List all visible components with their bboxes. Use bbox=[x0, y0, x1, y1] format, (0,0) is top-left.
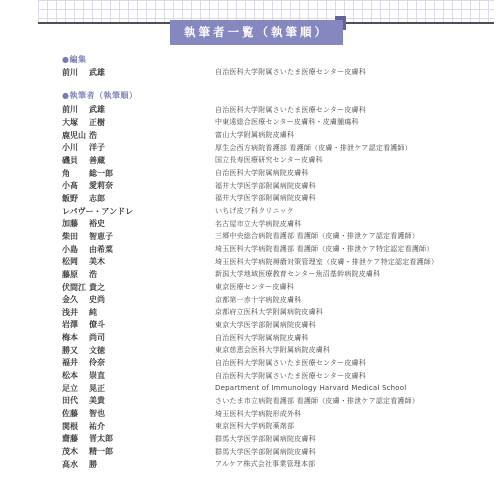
person-name: 齋藤晋太郎 bbox=[62, 433, 215, 444]
person-given-name: 智也 bbox=[89, 408, 105, 419]
person-given-name: 尚司 bbox=[89, 332, 105, 343]
person-affiliation: 富山大学附属病院皮膚科 bbox=[215, 130, 294, 140]
person-row: 前川武雄自治医科大学附属さいたま医療センター皮膚科 bbox=[62, 66, 485, 79]
person-row: 齋藤晋太郎群馬大学医学部附属病院皮膚科 bbox=[62, 433, 485, 446]
person-family-name: 浅井 bbox=[62, 307, 89, 318]
person-name: 松岡美木 bbox=[62, 256, 215, 267]
person-family-name: 岩澤 bbox=[62, 319, 89, 330]
person-name: 足立晃正 bbox=[62, 383, 215, 394]
person-family-name: 齋藤 bbox=[62, 433, 89, 444]
person-name: 小髙愛莉奈 bbox=[62, 180, 215, 191]
person-affiliation: 自治医科大学附属さいたま医療センター皮膚科 bbox=[215, 67, 366, 77]
person-given-name: 智恵子 bbox=[89, 231, 113, 242]
person-row: 勝又文徳東京慈恵会医科大学附属病院皮膚科 bbox=[62, 344, 485, 357]
person-row: 小髙愛莉奈福井大学医学部附属病院皮膚科 bbox=[62, 179, 485, 192]
person-given-name: 勝 bbox=[89, 459, 97, 470]
person-name: 前川武雄 bbox=[62, 67, 215, 78]
person-name: 柴田智恵子 bbox=[62, 231, 215, 242]
person-row: 梅本尚司自治医科大学附属病院皮膚科 bbox=[62, 331, 485, 344]
person-given-name: 晃正 bbox=[89, 383, 105, 394]
person-name: 磯貝善蔵 bbox=[62, 155, 215, 166]
person-given-name: 裕史 bbox=[89, 218, 105, 229]
person-family-name: 高水 bbox=[62, 459, 89, 470]
person-family-name: 金久 bbox=[62, 294, 89, 305]
person-row: 松本崇直自治医科大学附属さいたま医療センター皮膚科 bbox=[62, 369, 485, 382]
person-given-name: 崇直 bbox=[89, 370, 105, 381]
person-row: 福井伶奈自治医科大学附属さいたま医療センター皮膚科 bbox=[62, 357, 485, 370]
person-name: 福井伶奈 bbox=[62, 357, 215, 368]
person-family-name: 鹿児山 bbox=[62, 130, 89, 141]
person-family-name: 茂木 bbox=[62, 446, 89, 457]
person-name: 関根祐介 bbox=[62, 421, 215, 432]
person-name: 金久史尚 bbox=[62, 294, 215, 305]
person-family-name: 小髙 bbox=[62, 180, 89, 191]
person-family-name: 伏間江 bbox=[62, 282, 89, 293]
person-family-name: 小川 bbox=[62, 142, 89, 153]
person-given-name: 武雄 bbox=[89, 67, 105, 78]
person-affiliation: 群馬大学医学部附属病院皮膚科 bbox=[215, 434, 316, 444]
person-name: 鹿児山浩 bbox=[62, 130, 215, 141]
person-affiliation: 中東遠総合医療センター皮膚科・皮膚腫瘍科 bbox=[215, 117, 359, 127]
person-affiliation: Department of Immunology Harvard Medical… bbox=[215, 384, 406, 392]
person-affiliation: 群馬大学医学部附属病院皮膚科 bbox=[215, 447, 316, 457]
person-row: 岩澤僚斗東京大学医学部附属病院皮膚科 bbox=[62, 319, 485, 332]
person-affiliation: 埼玉医科大学病院看護部 看護師（皮膚・排泄ケア特定認定看護師） bbox=[215, 244, 433, 254]
person-family-name: 磯貝 bbox=[62, 155, 89, 166]
person-name: 佐藤智也 bbox=[62, 408, 215, 419]
person-name: 加藤裕史 bbox=[62, 218, 215, 229]
person-row: レパヴー・アンドレいちげ皮フ科クリニック bbox=[62, 205, 485, 218]
person-affiliation: 埼玉医科大学病院形成外科 bbox=[215, 409, 301, 419]
person-given-name: 文徳 bbox=[89, 345, 105, 356]
person-name: 大塚正樹 bbox=[62, 117, 215, 128]
person-name: 梅本尚司 bbox=[62, 332, 215, 343]
person-row: 関根祐介東京医科大学病院薬剤部 bbox=[62, 420, 485, 433]
person-name: 伏間江貴之 bbox=[62, 282, 215, 293]
person-given-name: 善蔵 bbox=[89, 155, 105, 166]
authors-section-heading: ●執筆者（執筆順） bbox=[62, 90, 137, 101]
person-affiliation: 自治医科大学附属さいたま医療センター皮膚科 bbox=[215, 371, 366, 381]
person-row: 藤原浩新潟大学地域医療教育センター魚沼基幹病院皮膚科 bbox=[62, 268, 485, 281]
person-name: 前川武雄 bbox=[62, 104, 215, 115]
person-row: 金久史尚京都第一赤十字病院皮膚科 bbox=[62, 293, 485, 306]
book-page: 執筆者一覧（執筆順） ●編集 前川武雄自治医科大学附属さいたま医療センター皮膚科… bbox=[0, 0, 500, 500]
person-family-name: 梅本 bbox=[62, 332, 89, 343]
person-name: レパヴー・アンドレ bbox=[62, 206, 215, 217]
person-row: 柴田智恵子三郷中央総合病院看護部 看護師（皮膚・排泄ケア認定看護師） bbox=[62, 230, 485, 243]
person-family-name: 松本 bbox=[62, 370, 89, 381]
person-row: 浅井純京都府立医科大学附属病院皮膚科 bbox=[62, 306, 485, 319]
person-affiliation: 名古屋市立大学病院皮膚科 bbox=[215, 219, 301, 229]
person-row: 佐藤智也埼玉医科大学病院形成外科 bbox=[62, 407, 485, 420]
person-name: 茂木精一郎 bbox=[62, 446, 215, 457]
person-given-name: 伶奈 bbox=[89, 357, 105, 368]
person-given-name: 総一郎 bbox=[89, 168, 113, 179]
person-given-name: 美貴 bbox=[89, 395, 105, 406]
page-title: 執筆者一覧（執筆順） bbox=[170, 20, 343, 45]
person-family-name: 大塚 bbox=[62, 117, 89, 128]
person-name: 角総一郎 bbox=[62, 168, 215, 179]
person-affiliation: 国立長寿医療研究センター皮膚科 bbox=[215, 155, 323, 165]
person-given-name: 純 bbox=[89, 307, 97, 318]
authors-list: 前川武雄自治医科大学附属さいたま医療センター皮膚科大塚正樹中東遠総合医療センター… bbox=[62, 104, 485, 471]
person-family-name: 加藤 bbox=[62, 218, 89, 229]
person-family-name: 勝又 bbox=[62, 345, 89, 356]
person-family-name: 角 bbox=[62, 168, 89, 179]
person-affiliation: いちげ皮フ科クリニック bbox=[215, 206, 294, 216]
person-given-name: 精一郎 bbox=[89, 446, 113, 457]
person-name: 松本崇直 bbox=[62, 370, 215, 381]
person-family-name: 足立 bbox=[62, 383, 89, 394]
person-given-name: 美木 bbox=[89, 256, 105, 267]
person-row: 松岡美木埼玉医科大学病院褥瘡対策管理室（皮膚・排泄ケア特定認定看護師） bbox=[62, 255, 485, 268]
person-name: 浅井純 bbox=[62, 307, 215, 318]
person-row: 加藤裕史名古屋市立大学病院皮膚科 bbox=[62, 217, 485, 230]
person-affiliation: 厚生会西方病院看護部 看護師（皮膚・排泄ケア認定看護師） bbox=[215, 143, 412, 153]
person-name: 小川洋子 bbox=[62, 142, 215, 153]
person-name: 藤原浩 bbox=[62, 269, 215, 280]
person-name: 田代美貴 bbox=[62, 395, 215, 406]
person-given-name: 志郎 bbox=[89, 193, 105, 204]
person-row: 小島由希菜埼玉医科大学病院看護部 看護師（皮膚・排泄ケア特定認定看護師） bbox=[62, 243, 485, 256]
person-given-name: 僚斗 bbox=[89, 319, 105, 330]
person-family-name: 前川 bbox=[62, 104, 89, 115]
person-given-name: 史尚 bbox=[89, 294, 105, 305]
person-row: 足立晃正Department of Immunology Harvard Med… bbox=[62, 382, 485, 395]
person-affiliation: 東京医療センター皮膚科 bbox=[215, 282, 294, 292]
person-affiliation: 自治医科大学附属さいたま医療センター皮膚科 bbox=[215, 105, 366, 115]
person-row: 茂木精一郎群馬大学医学部附属病院皮膚科 bbox=[62, 445, 485, 458]
person-given-name: 愛莉奈 bbox=[89, 180, 113, 191]
person-given-name: 晋太郎 bbox=[89, 433, 113, 444]
person-affiliation: 東京慈恵会医科大学附属病院皮膚科 bbox=[215, 345, 330, 355]
person-row: 田代美貴さいたま市立病院看護部 看護師（皮膚・排泄ケア認定看護師） bbox=[62, 395, 485, 408]
person-row: 小川洋子厚生会西方病院看護部 看護師（皮膚・排泄ケア認定看護師） bbox=[62, 141, 485, 154]
person-given-name: 貴之 bbox=[89, 282, 105, 293]
editor-section-heading: ●編集 bbox=[62, 54, 86, 65]
person-affiliation: 福井大学医学部附属病院皮膚科 bbox=[215, 193, 316, 203]
person-affiliation: 京都第一赤十字病院皮膚科 bbox=[215, 295, 301, 305]
person-given-name: 祐介 bbox=[89, 421, 105, 432]
person-affiliation: 三郷中央総合病院看護部 看護師（皮膚・排泄ケア認定看護師） bbox=[215, 231, 419, 241]
person-affiliation: アルケア株式会社事業管理本部 bbox=[215, 459, 315, 469]
person-family-name: 佐藤 bbox=[62, 408, 89, 419]
person-row: 前川武雄自治医科大学附属さいたま医療センター皮膚科 bbox=[62, 104, 485, 117]
person-affiliation: 京都府立医科大学附属病院皮膚科 bbox=[215, 307, 323, 317]
person-family-name: 田代 bbox=[62, 395, 89, 406]
person-name: 岩澤僚斗 bbox=[62, 319, 215, 330]
person-affiliation: 東京医科大学病院薬剤部 bbox=[215, 421, 294, 431]
person-row: 角総一郎自治医科大学附属病院皮膚科 bbox=[62, 167, 485, 180]
person-row: 大塚正樹中東遠総合医療センター皮膚科・皮膚腫瘍科 bbox=[62, 116, 485, 129]
person-affiliation: 東京大学医学部附属病院皮膚科 bbox=[215, 320, 316, 330]
person-affiliation: 自治医科大学附属病院皮膚科 bbox=[215, 333, 309, 343]
person-given-name: 洋子 bbox=[89, 142, 105, 153]
person-name: 勝又文徳 bbox=[62, 345, 215, 356]
person-given-name: 浩 bbox=[89, 269, 97, 280]
person-family-name: 福井 bbox=[62, 357, 89, 368]
person-given-name: 浩 bbox=[89, 130, 97, 141]
person-affiliation: 埼玉医科大学病院褥瘡対策管理室（皮膚・排泄ケア特定認定看護師） bbox=[215, 257, 438, 267]
person-given-name: 武雄 bbox=[89, 104, 105, 115]
person-family-name: レパヴー・アンドレ bbox=[62, 206, 134, 217]
person-name: 小島由希菜 bbox=[62, 244, 215, 255]
person-row: 飯野志郎福井大学医学部附属病院皮膚科 bbox=[62, 192, 485, 205]
person-row: 磯貝善蔵国立長寿医療研究センター皮膚科 bbox=[62, 154, 485, 167]
person-family-name: 小島 bbox=[62, 244, 89, 255]
person-row: 伏間江貴之東京医療センター皮膚科 bbox=[62, 281, 485, 294]
person-family-name: 関根 bbox=[62, 421, 89, 432]
editor-list: 前川武雄自治医科大学附属さいたま医療センター皮膚科 bbox=[62, 66, 485, 79]
person-family-name: 松岡 bbox=[62, 256, 89, 267]
person-affiliation: 福井大学医学部附属病院皮膚科 bbox=[215, 181, 316, 191]
person-family-name: 柴田 bbox=[62, 231, 89, 242]
person-row: 鹿児山浩富山大学附属病院皮膚科 bbox=[62, 129, 485, 142]
person-family-name: 藤原 bbox=[62, 269, 89, 280]
person-family-name: 前川 bbox=[62, 67, 89, 78]
person-name: 高水勝 bbox=[62, 459, 215, 470]
person-given-name: 由希菜 bbox=[89, 244, 113, 255]
person-affiliation: 新潟大学地域医療教育センター魚沼基幹病院皮膚科 bbox=[215, 269, 380, 279]
person-affiliation: さいたま市立病院看護部 看護師（皮膚・排泄ケア認定看護師） bbox=[215, 396, 419, 406]
person-family-name: 飯野 bbox=[62, 193, 89, 204]
person-given-name: 正樹 bbox=[89, 117, 105, 128]
person-affiliation: 自治医科大学附属さいたま医療センター皮膚科 bbox=[215, 358, 366, 368]
person-row: 高水勝アルケア株式会社事業管理本部 bbox=[62, 458, 485, 471]
person-affiliation: 自治医科大学附属病院皮膚科 bbox=[215, 168, 309, 178]
person-name: 飯野志郎 bbox=[62, 193, 215, 204]
